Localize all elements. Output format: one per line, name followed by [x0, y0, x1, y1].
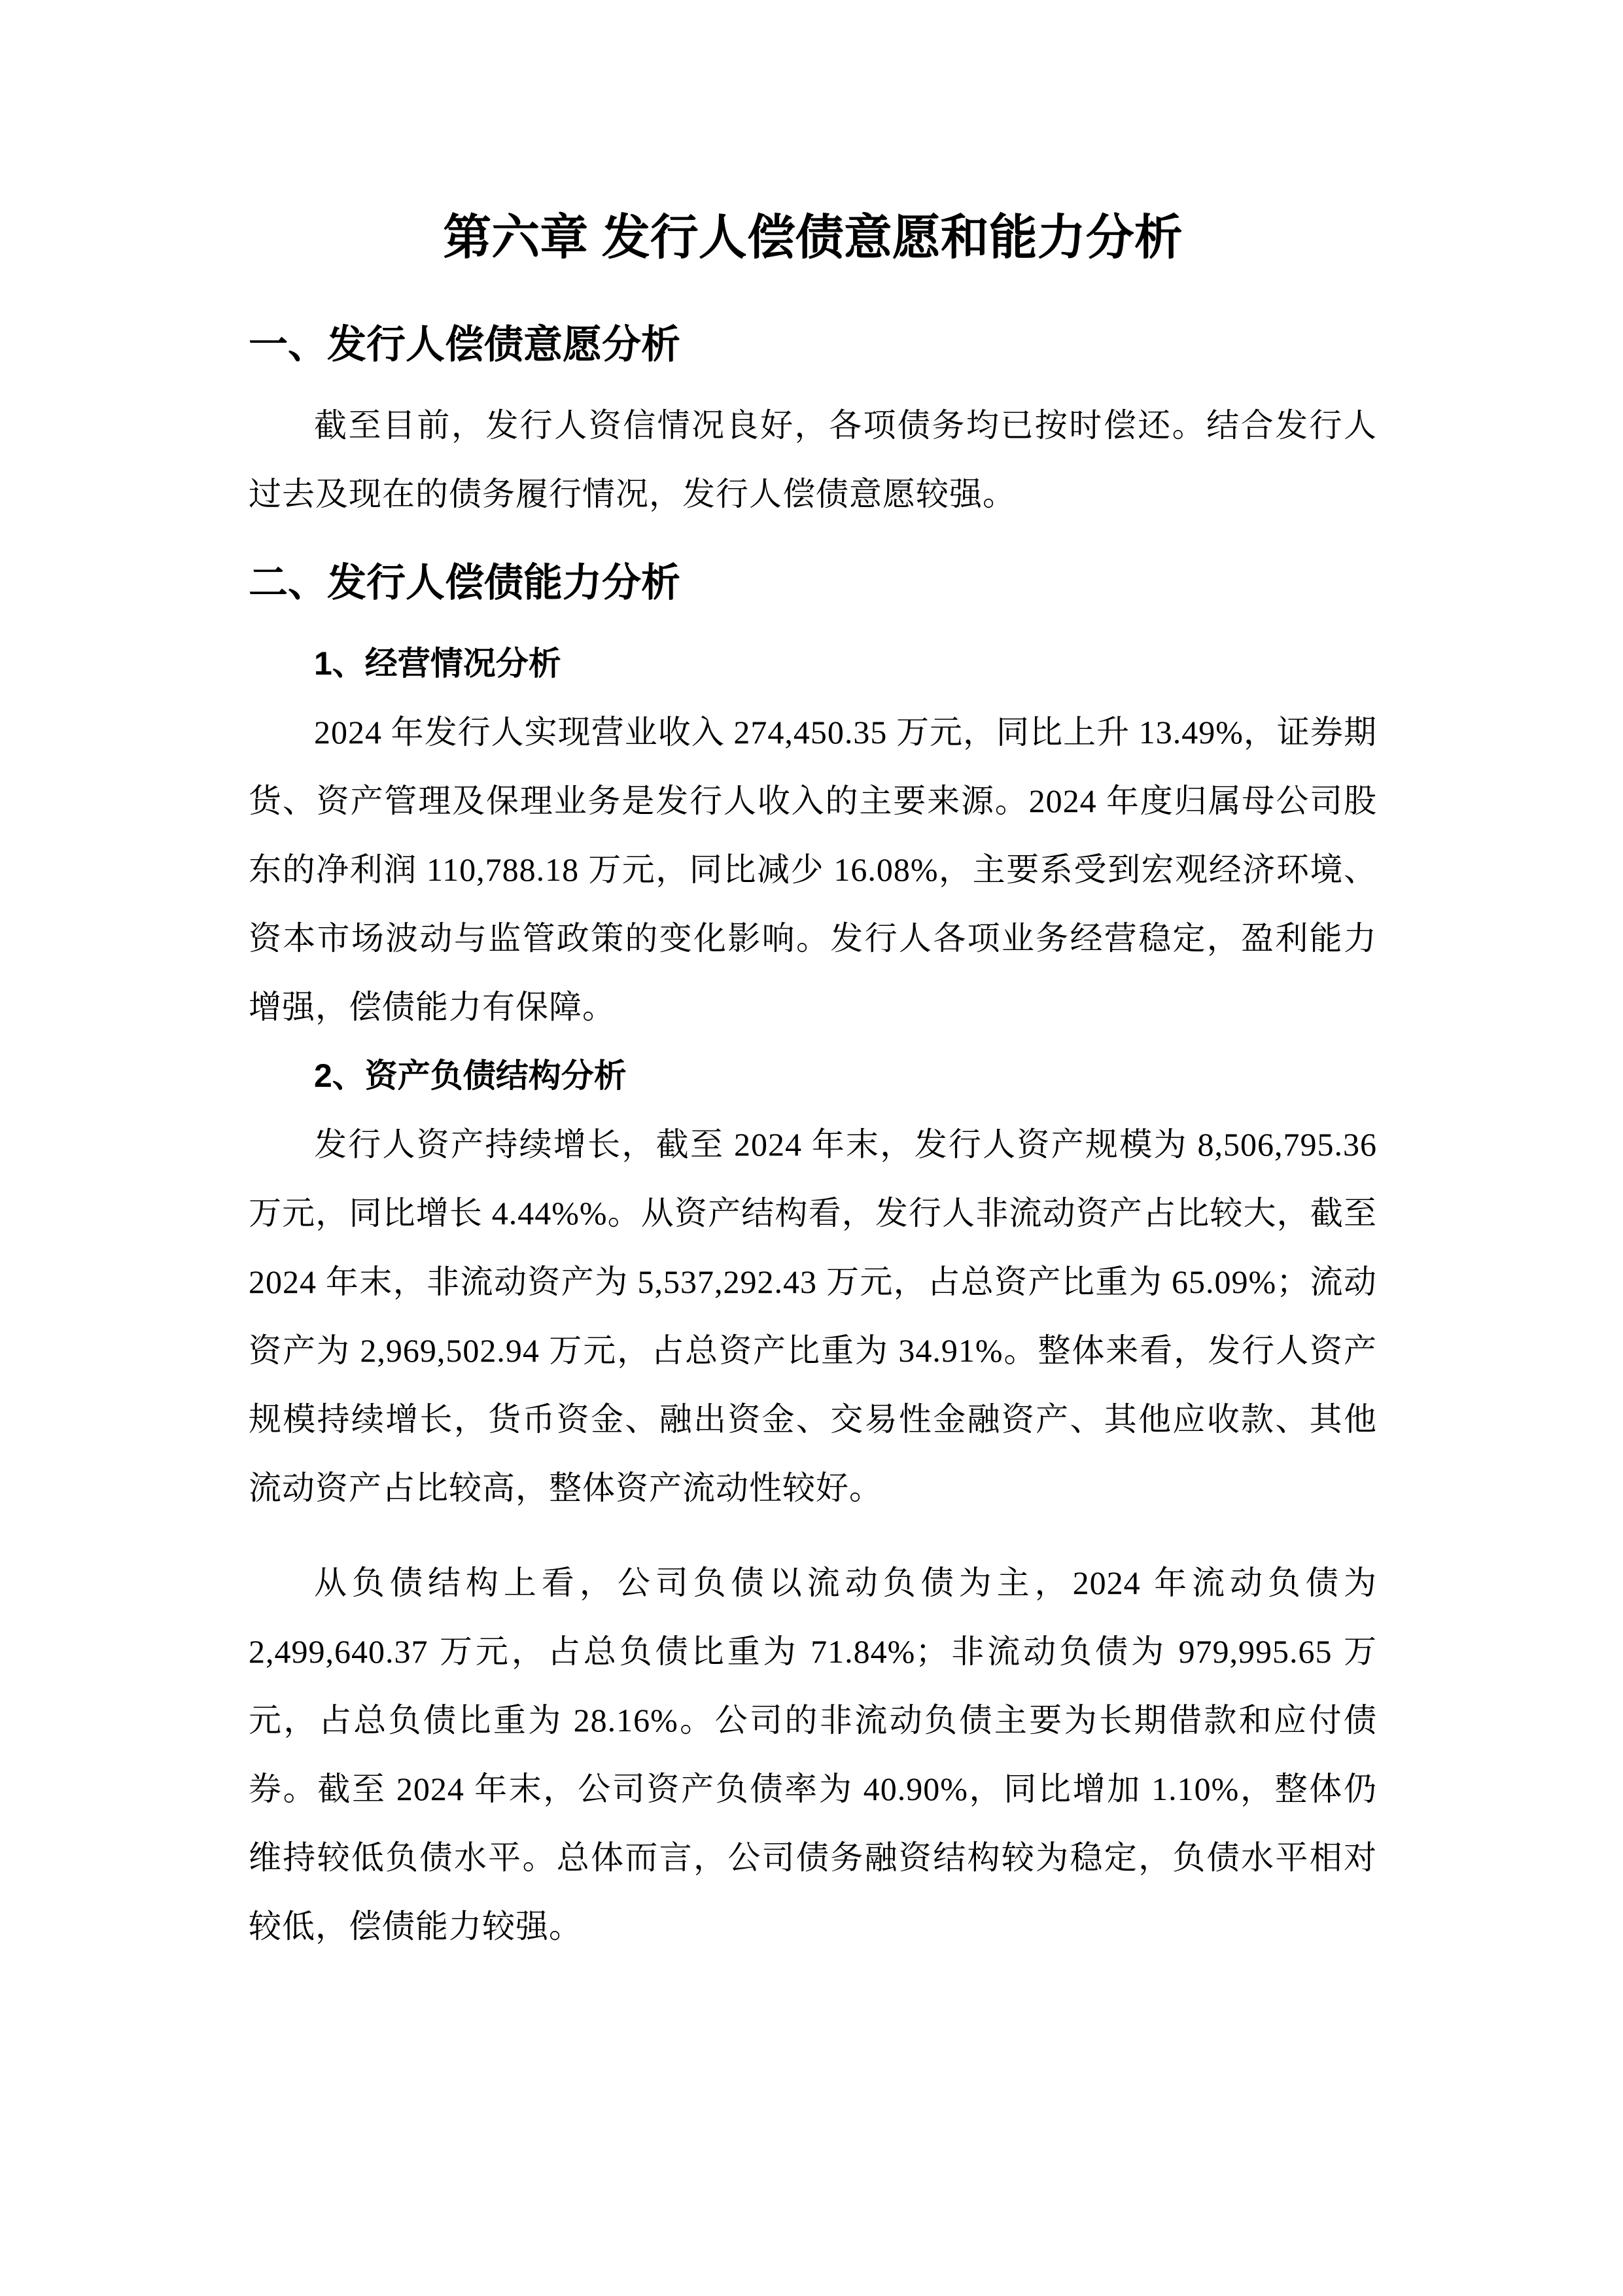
subsection-2-paragraph-2: 从负债结构上看，公司负债以流动负债为主，2024 年流动负债为 2,499,64… [249, 1549, 1377, 1961]
subsection-1-paragraph: 2024 年发行人实现营业收入 274,450.35 万元，同比上升 13.49… [249, 698, 1377, 1042]
subsection-1-heading: 1、经营情况分析 [249, 629, 1377, 698]
document-page: 第六章 发行人偿债意愿和能力分析 一、发行人偿债意愿分析 截至目前，发行人资信情… [0, 0, 1623, 2296]
subsection-2-heading: 2、资产负债结构分析 [249, 1042, 1377, 1110]
section-1-heading: 一、发行人偿债意愿分析 [249, 325, 1377, 365]
section-2-heading: 二、发行人偿债能力分析 [249, 563, 1377, 603]
section-1-paragraph: 截至目前，发行人资信情况良好，各项债务均已按时偿还。结合发行人过去及现在的债务履… [249, 391, 1377, 529]
chapter-title: 第六章 发行人偿债意愿和能力分析 [249, 213, 1377, 262]
subsection-2-paragraph-1: 发行人资产持续增长，截至 2024 年末，发行人资产规模为 8,506,795.… [249, 1110, 1377, 1523]
